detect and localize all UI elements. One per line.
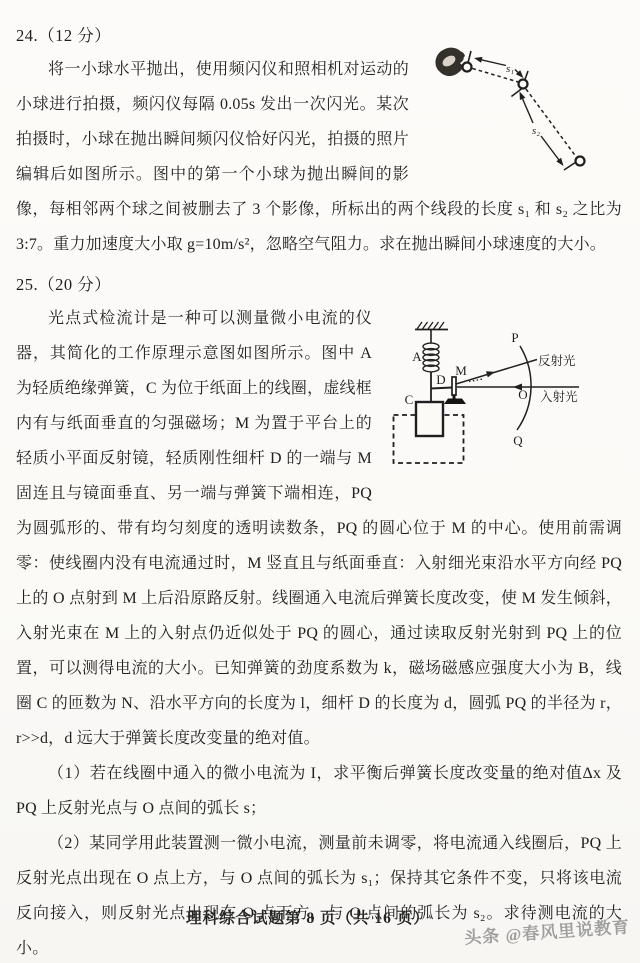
ceiling-mount [415, 322, 448, 330]
reflected-light-label: 反射光 [538, 353, 576, 368]
figure-strobe-projectile-diagram: s₁ s₂ [417, 38, 622, 178]
ball-image-2 [519, 80, 528, 89]
question-24-body: s₁ s₂ 将一小球水平抛出，使用频闪仪和照相机对运动的小球进行拍摄，频闪仪每 [16, 52, 622, 262]
exam-page: 24.（12 分） [0, 0, 640, 963]
galvanometer-diagram-svg: A D C P Q [380, 303, 622, 469]
trajectory-dashed-segment-2 [526, 89, 577, 158]
rigid-rod-D [431, 388, 452, 389]
coil-C [416, 402, 443, 436]
s2-label: s₂ [532, 125, 540, 137]
s2-dimension-arrows [520, 92, 564, 167]
page-footer: 理科综合试题第 8 页（共 16 页） [186, 906, 430, 928]
spring-icon [423, 343, 439, 372]
question-24: 24.（12 分） [16, 22, 622, 262]
label-rod-D: D [436, 372, 445, 387]
label-P: P [511, 330, 518, 345]
question-25-body: A D C P Q [16, 301, 622, 963]
figure-galvanometer-diagram: A D C P Q [380, 303, 622, 479]
tick-ball-3 [564, 162, 576, 170]
mirror-stand [444, 395, 466, 404]
label-spring-A: A [412, 349, 422, 364]
label-mirror-M: M [455, 363, 467, 378]
ball-image-3 [576, 157, 585, 166]
incident-light-label: 入射光 [540, 389, 578, 404]
question-25-part1: （1）若在线圈中通入的微小电流为 I，求平衡后弹簧长度改变量的绝对值Δx 及 P… [16, 756, 622, 826]
question-25-number: 25.（20 分） [16, 271, 622, 299]
label-Q: Q [513, 433, 523, 448]
hand-icon [436, 48, 465, 76]
question-25: 25.（20 分） [16, 271, 622, 963]
label-O: O [518, 387, 527, 402]
mirror-M [452, 377, 456, 395]
projectile-diagram-svg: s₁ s₂ [417, 38, 622, 190]
reflected-ray [456, 360, 537, 385]
s1-label: s₁ [506, 63, 514, 75]
s1-dimension-arrows [474, 57, 524, 78]
label-coil-C: C [405, 392, 414, 407]
ball-image-1 [463, 63, 472, 72]
